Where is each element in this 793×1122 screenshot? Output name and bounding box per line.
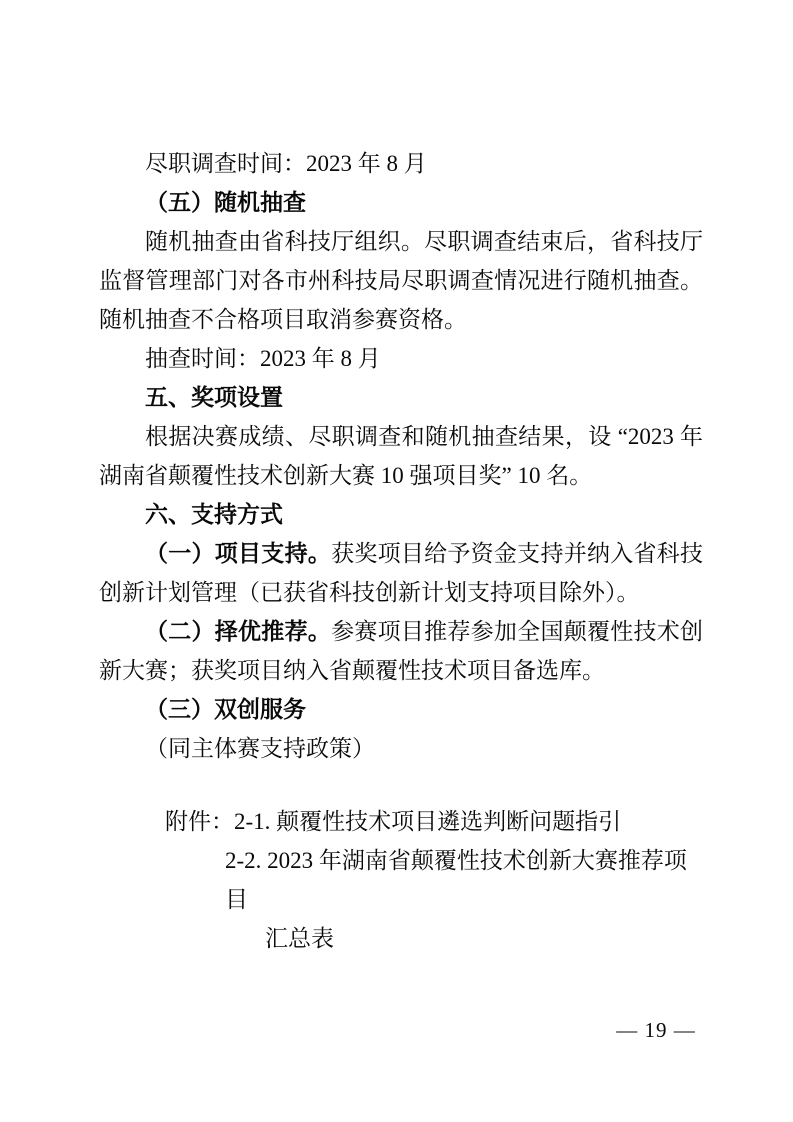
page-number: — 19 — <box>600 1016 712 1044</box>
paragraph-project-support-lead: （一）项目支持。 <box>145 541 331 566</box>
document-body: 尽职调查时间：2023 年 8 月 （五）随机抽查 随机抽查由省科技厅组织。尽职… <box>99 144 703 958</box>
attachment-line-1: 附件：2-1. 颠覆性技术项目遴选判断问题指引 <box>99 802 703 841</box>
paragraph-project-support: （一）项目支持。获奖项目给予资金支持并纳入省科技创新计划管理（已获省科技创新计划… <box>99 534 703 612</box>
heading-support-methods: 六、支持方式 <box>99 495 703 534</box>
heading-innovation-service: （三）双创服务 <box>99 690 703 729</box>
paragraph-preferred-recommendation: （二）择优推荐。参赛项目推荐参加全国颠覆性技术创新大赛；获奖项目纳入省颠覆性技术… <box>99 612 703 690</box>
paragraph-award-settings: 根据决赛成绩、尽职调查和随机抽查结果，设 “2023 年湖南省颠覆性技术创新大赛… <box>99 417 703 495</box>
document-page: 尽职调查时间：2023 年 8 月 （五）随机抽查 随机抽查由省科技厅组织。尽职… <box>0 0 793 1122</box>
heading-award-settings: 五、奖项设置 <box>99 378 703 417</box>
paragraph-random-inspection: 随机抽查由省科技厅组织。尽职调查结束后，省科技厅监督管理部门对各市州科技局尽职调… <box>99 222 703 339</box>
paragraph-inspection-time: 抽查时间：2023 年 8 月 <box>99 339 703 378</box>
heading-random-inspection: （五）随机抽查 <box>99 183 703 222</box>
paragraph-preferred-recommendation-lead: （二）择优推荐。 <box>145 619 331 644</box>
paragraph-same-policy-note: （同主体赛支持政策） <box>99 729 703 768</box>
attachments-block: 附件：2-1. 颠覆性技术项目遴选判断问题指引 2-2. 2023 年湖南省颠覆… <box>99 802 703 958</box>
paragraph-due-diligence-time: 尽职调查时间：2023 年 8 月 <box>99 144 703 183</box>
attachment-line-3: 汇总表 <box>99 919 703 958</box>
attachment-line-2: 2-2. 2023 年湖南省颠覆性技术创新大赛推荐项目 <box>99 841 703 919</box>
